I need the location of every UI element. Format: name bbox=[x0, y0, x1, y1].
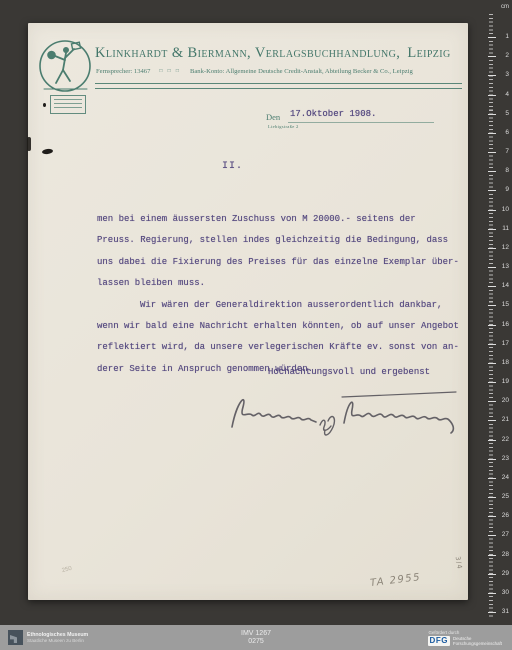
ruler-cm-tick bbox=[488, 420, 496, 421]
ruler-label: 20 bbox=[502, 398, 509, 404]
ruler-label: 7 bbox=[505, 149, 509, 155]
ruler-label: 6 bbox=[505, 130, 509, 136]
ruler-label: 13 bbox=[502, 264, 509, 270]
phone-number: Fernsprecher: 13467 bbox=[96, 68, 150, 75]
ruler-cm-tick bbox=[488, 171, 496, 172]
measurement-ruler: cm 1234567891011121314151617181920212223… bbox=[488, 0, 512, 625]
typed-line: men bei einem äussersten Zuschuss von M … bbox=[97, 209, 465, 230]
date-label: Den bbox=[266, 112, 280, 122]
letterhead-street: Liebigstraße 2 bbox=[268, 124, 299, 129]
ruler-cm-tick bbox=[488, 612, 496, 613]
ruler-cm-tick bbox=[488, 229, 496, 230]
ruler-label: 26 bbox=[502, 513, 509, 519]
ruler-unit-label: cm bbox=[501, 4, 509, 10]
ruler-label: 15 bbox=[502, 302, 509, 308]
ruler-label: 1 bbox=[505, 34, 509, 40]
typed-line: uns dabei die Fixierung des Preises für … bbox=[97, 252, 465, 273]
ruler-cm-tick bbox=[488, 305, 496, 306]
company-name: Klinkhardt & Biermann, bbox=[95, 45, 251, 61]
ruler-label: 22 bbox=[502, 437, 509, 443]
ruler-label: 23 bbox=[502, 456, 509, 462]
ruler-cm-tick bbox=[488, 267, 496, 268]
ruler-label: 28 bbox=[502, 552, 509, 558]
ruler-label: 24 bbox=[502, 475, 509, 481]
bank-info: Bank-Konto: Allgemeine Deutsche Credit-A… bbox=[190, 68, 413, 75]
ruler-label: 11 bbox=[502, 226, 509, 232]
ruler-label: 30 bbox=[502, 590, 509, 596]
company-trade: Verlagsbuchhandlung, bbox=[255, 45, 400, 61]
typed-line: Wir wären der Generaldirektion ausserord… bbox=[97, 295, 465, 316]
ruler-label: 10 bbox=[502, 207, 509, 213]
ruler-cm-tick bbox=[488, 382, 496, 383]
ruler-cm-tick bbox=[488, 574, 496, 575]
ink-blot bbox=[42, 148, 54, 154]
ruler-cm-tick bbox=[488, 401, 496, 402]
ruler-cm-tick bbox=[488, 497, 496, 498]
letterhead-divider bbox=[95, 83, 462, 89]
ruler-label: 12 bbox=[502, 245, 509, 251]
ruler-label: 29 bbox=[502, 571, 509, 577]
ruler-cm-tick bbox=[488, 114, 496, 115]
letter-body: men bei einem äussersten Zuschuss von M … bbox=[97, 209, 465, 380]
ruler-cm-tick bbox=[488, 133, 496, 134]
funding-note: Gefördert durch bbox=[429, 630, 502, 635]
ruler-mm-ticks bbox=[489, 14, 493, 619]
section-heading: II. bbox=[222, 161, 243, 172]
ornament-squares: □ □ □ bbox=[159, 69, 181, 76]
date-underline bbox=[288, 122, 434, 123]
ruler-cm-tick bbox=[488, 56, 496, 57]
typed-line: wenn wir bald eine Nachricht erhalten kö… bbox=[97, 316, 465, 337]
company-city: Leipzig bbox=[407, 45, 450, 61]
ruler-cm-tick bbox=[488, 344, 496, 345]
handwritten-signature bbox=[224, 385, 464, 437]
ruler-cm-tick bbox=[488, 516, 496, 517]
ruler-label: 3 bbox=[505, 72, 509, 78]
typed-line: reflektiert wird, da unsere verlegerisch… bbox=[97, 337, 465, 358]
ruler-label: 25 bbox=[502, 494, 509, 500]
pencil-annotation-side: 3/4 bbox=[454, 556, 464, 571]
typed-line: Preuss. Regierung, stellen indes gleichz… bbox=[97, 230, 465, 251]
pencil-annotation-faint: 250 bbox=[61, 566, 72, 574]
ink-dot bbox=[43, 103, 46, 107]
dfg-name-line2: Forschungsgemeinschaft bbox=[453, 641, 502, 646]
closing-phrase: Hochachtungsvoll und ergebenst bbox=[268, 367, 430, 377]
letter-page: Klinkhardt & Biermann, Verlagsbuchhandlu… bbox=[28, 23, 468, 600]
ruler-cm-tick bbox=[488, 593, 496, 594]
dfg-acronym: DFG bbox=[430, 636, 448, 645]
typed-line: lassen bleiben muss. bbox=[97, 273, 465, 294]
ruler-cm-tick bbox=[488, 286, 496, 287]
ruler-label: 16 bbox=[502, 322, 509, 328]
ruler-cm-tick bbox=[488, 190, 496, 191]
ruler-cm-tick bbox=[488, 37, 496, 38]
ruler-cm-tick bbox=[488, 459, 496, 460]
ruler-label: 2 bbox=[505, 53, 509, 59]
ruler-cm-tick bbox=[488, 210, 496, 211]
letterhead-company-line: Klinkhardt & Biermann, Verlagsbuchhandlu… bbox=[95, 45, 463, 62]
ruler-label: 8 bbox=[505, 168, 509, 174]
ruler-cm-tick bbox=[488, 248, 496, 249]
ruler-label: 27 bbox=[502, 532, 509, 538]
ruler-label: 5 bbox=[505, 111, 509, 117]
ruler-cm-tick bbox=[488, 325, 496, 326]
ruler-label: 21 bbox=[502, 417, 509, 423]
ruler-cm-tick bbox=[488, 555, 496, 556]
ruler-label: 14 bbox=[502, 283, 509, 289]
ruler-cm-tick bbox=[488, 440, 496, 441]
ruler-cm-tick bbox=[488, 95, 496, 96]
dfg-branding: Gefördert durch DFG Deutsche Forschungsg… bbox=[428, 630, 502, 646]
pencil-annotation-number: TA 2955 bbox=[370, 572, 422, 589]
logo-plaque bbox=[50, 95, 86, 114]
ruler-label: 31 bbox=[502, 609, 509, 615]
ruler-label: 17 bbox=[502, 341, 509, 347]
ruler-label: 19 bbox=[502, 379, 509, 385]
ruler-cm-tick bbox=[488, 75, 496, 76]
ruler-cm-tick bbox=[488, 535, 496, 536]
ruler-label: 9 bbox=[505, 187, 509, 193]
date-value: 17.Oktober 1908. bbox=[290, 109, 376, 119]
ruler-label: 4 bbox=[505, 92, 509, 98]
ruler-cm-tick bbox=[488, 478, 496, 479]
edge-mark bbox=[27, 137, 31, 151]
footer-bar: Ethnologisches Museum Staatliche Museen … bbox=[0, 625, 512, 650]
dfg-logo-icon: DFG bbox=[428, 636, 450, 646]
ruler-label: 18 bbox=[502, 360, 509, 366]
ruler-cm-tick bbox=[488, 152, 496, 153]
ruler-cm-tick bbox=[488, 363, 496, 364]
letterhead-info-line: Fernsprecher: 13467 □ □ □ Bank-Konto: Al… bbox=[96, 68, 462, 75]
